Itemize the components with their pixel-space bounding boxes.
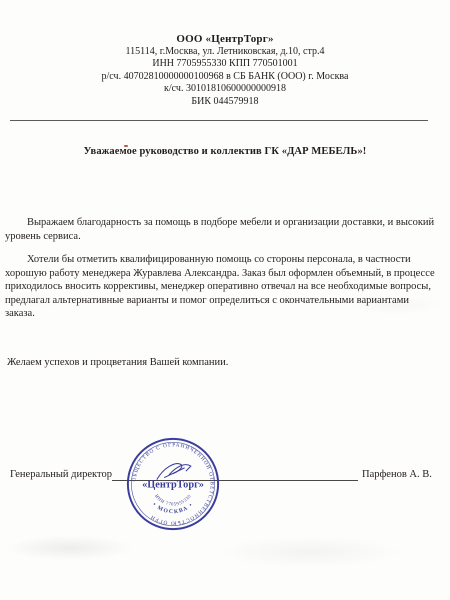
company-bik: БИК 044579918: [0, 96, 450, 109]
company-corr-account: к/сч. 30101810600000000918: [0, 83, 450, 96]
paragraph-wishes: Желаем успехов и процветания Вашей компа…: [7, 356, 441, 370]
scanned-letter-page: { "letterhead": { "company": "ООО «Центр…: [0, 0, 450, 600]
pen-signature-squiggle: [157, 464, 191, 480]
letterhead: ООО «ЦентрТорг» 115114, г.Москва, ул. Ле…: [0, 33, 450, 109]
stamp-center-text: «ЦентрТорг»: [142, 479, 204, 490]
company-inn-kpp: ИНН 7705955330 КПП 770501001: [0, 58, 450, 71]
company-name: ООО «ЦентрТорг»: [0, 33, 450, 46]
stamp-seal-graphic: ОБЩЕСТВО С ОГРАНИЧЕННОЙ ОТВЕТСТВЕННОСТЬЮ…: [126, 437, 220, 531]
paragraph-manager: Хотели бы отметить квалифицированную пом…: [5, 253, 439, 321]
paragraph-thanks: Выражаем благодарность за помощь в подбо…: [5, 216, 439, 243]
signature-title: Генеральный директор: [10, 469, 112, 480]
letterhead-divider-line: [10, 120, 428, 121]
company-stamp: ОБЩЕСТВО С ОГРАНИЧЕННОЙ ОТВЕТСТВЕННОСТЬЮ…: [126, 437, 220, 531]
signature-name: Парфенов А. В.: [362, 469, 432, 480]
company-address: 115114, г.Москва, ул. Летниковская, д.10…: [0, 46, 450, 59]
company-settlement-account: р/сч. 40702810000000100968 в СБ БАНК (ОО…: [0, 71, 450, 84]
salutation-line: Уважаемое руководство и коллектив ГК «ДА…: [0, 146, 450, 157]
scan-artifact-red-mark: [124, 145, 128, 147]
